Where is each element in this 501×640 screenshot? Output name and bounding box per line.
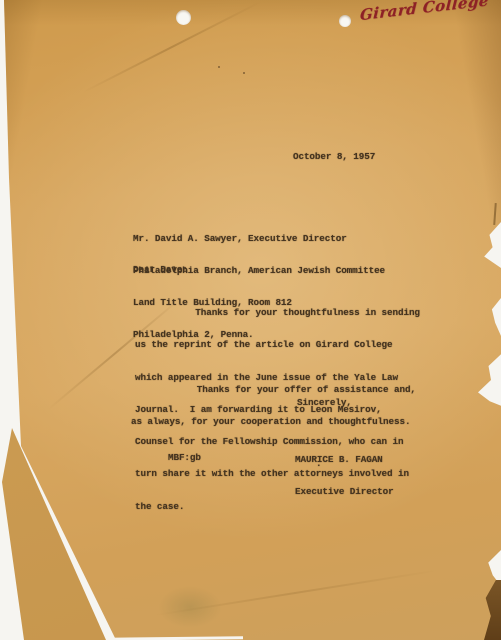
body-line: as always, for your cooperation and thou… (131, 417, 416, 427)
paper-bottom-edge (108, 636, 243, 640)
body-line: us the reprint of the article on Girard … (135, 340, 420, 350)
paper-speck (218, 66, 220, 68)
signature-title: Executive Director (295, 487, 394, 497)
punch-hole-right (339, 15, 351, 27)
salutation: Dear Dave: (133, 264, 188, 275)
paper-stain (158, 586, 222, 628)
signature-block: MAURICE B. FAGAN Executive Director (295, 433, 394, 519)
paper-crease (82, 1, 261, 94)
signature-name: MAURICE B. FAGAN (295, 455, 394, 465)
closing: Sincerely, (297, 397, 352, 408)
stray-period-mark: . (316, 458, 321, 469)
letter-date: October 8, 1957 (293, 151, 375, 162)
recipient-line: Mr. David A. Sawyer, Executive Director (133, 234, 385, 244)
paper-speck (243, 72, 245, 74)
punch-hole-left (176, 10, 191, 25)
body-line: Thanks for your thoughtfulness in sendin… (135, 308, 420, 318)
body-line: Thanks for your offer of assistance and, (131, 385, 416, 395)
typist-initials: MBF:gb (168, 452, 201, 463)
scanned-letter: Girard College October 8, 1957 Mr. David… (0, 0, 501, 640)
